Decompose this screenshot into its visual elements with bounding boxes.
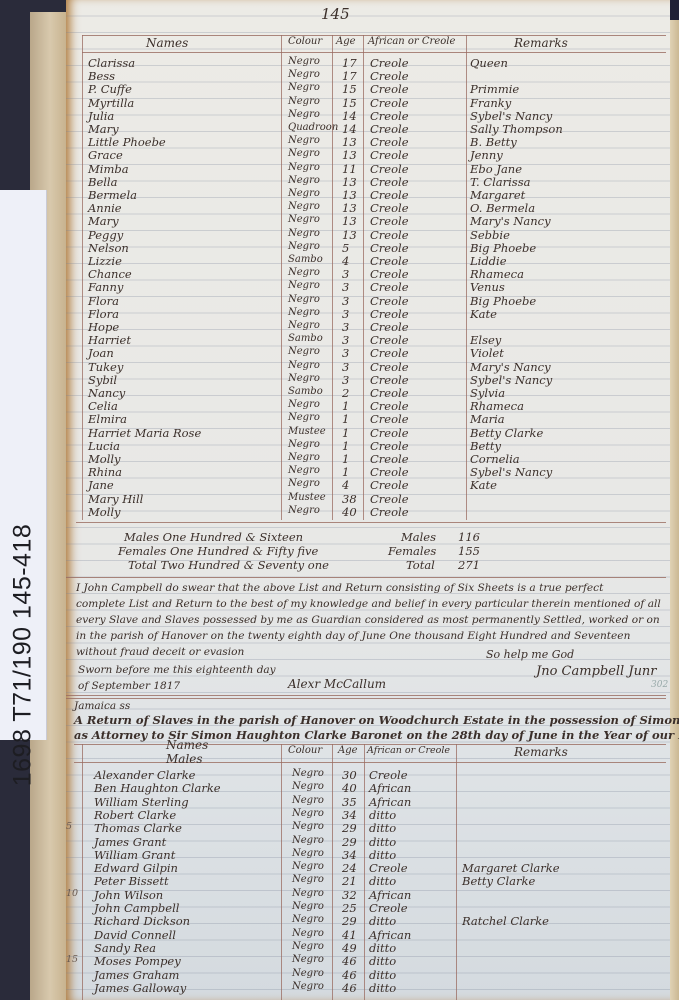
cell-colour: Negro: [292, 888, 324, 899]
cell-age: 14: [342, 109, 357, 123]
cell-name: Nancy: [88, 386, 125, 400]
cell-colour: Negro: [288, 267, 320, 278]
cell-name: Elmira: [88, 412, 127, 426]
cell-age: 46: [342, 981, 357, 995]
cell-colour: Negro: [288, 505, 320, 516]
cell-name: John Campbell: [94, 901, 179, 915]
cell-name: James Grant: [94, 835, 166, 849]
cell-remarks: B. Betty: [470, 135, 517, 149]
cell-remarks: Sybel's Nancy: [470, 109, 552, 123]
cell-origin: ditto: [369, 941, 396, 955]
section2-heading-line-1: A Return of Slaves in the parish of Hano…: [74, 713, 679, 727]
cell-age: 4: [342, 478, 349, 492]
cell-origin: Creole: [370, 188, 409, 202]
cell-name: Moses Pompey: [94, 954, 181, 968]
cell-name: Lucia: [88, 439, 120, 453]
cell-name: Flora: [88, 307, 119, 321]
cell-remarks: Ebo Jane: [470, 162, 522, 176]
cell-name: Ben Haughton Clarke: [94, 781, 221, 795]
cell-colour: Negro: [292, 874, 324, 885]
cell-age: 3: [342, 346, 349, 360]
cell-colour: Negro: [292, 981, 324, 992]
col-header-remarks: Remarks: [514, 36, 568, 50]
totals-males-label: Males: [401, 530, 436, 544]
oath-line: in the parish of Hanover on the twenty e…: [76, 628, 666, 644]
cell-origin: Creole: [370, 135, 409, 149]
cell-age: 3: [342, 267, 349, 281]
col-header-names: Names: [146, 36, 188, 50]
cell-age: 40: [342, 505, 357, 519]
cell-colour: Negro: [292, 848, 324, 859]
cell-colour: Mustee: [288, 426, 326, 437]
cell-origin: Creole: [370, 241, 409, 255]
cell-remarks: Big Phoebe: [470, 241, 536, 255]
cell-age: 1: [342, 426, 349, 440]
page-number: 145: [321, 5, 350, 23]
cell-name: William Sterling: [94, 795, 189, 809]
cell-name: Clarissa: [88, 56, 135, 70]
cell-colour: Negro: [288, 241, 320, 252]
table1-age-divider: [332, 35, 333, 520]
cell-name: Mary: [88, 214, 119, 228]
section2-heading-line-2: as Attorney to Sir Simon Haughton Clarke…: [74, 728, 679, 742]
oath-text: I John Campbell do swear that the above …: [76, 580, 666, 660]
cell-remarks: Mary's Nancy: [470, 360, 551, 374]
cell-colour: Negro: [292, 808, 324, 819]
cell-colour: Negro: [288, 56, 320, 67]
cell-origin: African: [369, 781, 411, 795]
cell-name: Nelson: [88, 241, 129, 255]
cell-colour: Negro: [288, 478, 320, 489]
oath-closing: So help me God: [486, 648, 574, 661]
table2-age-divider: [332, 744, 333, 1000]
cell-remarks: Sybel's Nancy: [470, 465, 552, 479]
cell-name: Bess: [88, 69, 115, 83]
cell-origin: Creole: [370, 399, 409, 413]
cell-remarks: Betty Clarke: [470, 426, 543, 440]
col2-header-remarks: Remarks: [514, 745, 568, 759]
cell-name: Molly: [88, 452, 121, 466]
cell-colour: Negro: [292, 901, 324, 912]
totals-females-words: Females One Hundred & Fifty five: [118, 544, 318, 558]
cell-colour: Negro: [288, 373, 320, 384]
cell-origin: Creole: [369, 768, 408, 782]
cell-origin: Creole: [370, 478, 409, 492]
cell-colour: Negro: [292, 781, 324, 792]
register-page: 145 Names Colour Age African or Creole R…: [66, 0, 670, 1000]
cell-age: 14: [342, 122, 357, 136]
cell-age: 34: [342, 848, 357, 862]
cell-name: Bella: [88, 175, 117, 189]
table1-colour-divider: [281, 35, 282, 520]
cell-origin: ditto: [369, 981, 396, 995]
margin-note: 302: [651, 680, 668, 690]
cell-origin: Creole: [370, 386, 409, 400]
cell-origin: ditto: [369, 968, 396, 982]
cell-remarks: Margaret Clarke: [462, 861, 560, 875]
cell-origin: ditto: [369, 808, 396, 822]
cell-remarks: Venus: [470, 280, 505, 294]
cell-colour: Negro: [288, 294, 320, 305]
cell-age: 3: [342, 360, 349, 374]
cell-origin: ditto: [369, 914, 396, 928]
cell-age: 41: [342, 928, 357, 942]
cell-colour: Negro: [288, 399, 320, 410]
archive-reference-text: 1698 T71/190 145-418: [9, 524, 38, 787]
cell-origin: Creole: [370, 360, 409, 374]
cell-colour: Mustee: [288, 492, 326, 503]
cell-name: P. Cuffe: [88, 82, 132, 96]
cell-origin: Creole: [370, 307, 409, 321]
cell-remarks: Kate: [470, 307, 497, 321]
cell-remarks: Sylvia: [470, 386, 505, 400]
table2-origin-divider: [364, 744, 365, 1000]
cell-origin: Creole: [370, 333, 409, 347]
cell-colour: Negro: [288, 439, 320, 450]
cell-name: Tukey: [88, 360, 123, 374]
col-header-age: Age: [336, 36, 356, 47]
cell-colour: Negro: [292, 928, 324, 939]
cell-origin: Creole: [370, 228, 409, 242]
row-number: 15: [66, 954, 78, 965]
cell-origin: Creole: [370, 109, 409, 123]
cell-age: 3: [342, 280, 349, 294]
totals-females-label: Females: [388, 544, 436, 558]
cell-colour: Negro: [288, 228, 320, 239]
cell-name: Little Phoebe: [88, 135, 166, 149]
cell-origin: Creole: [370, 96, 409, 110]
table2-header-rule: [74, 762, 666, 763]
oath-line: every Slave and Slaves possessed by me a…: [76, 612, 666, 628]
oath-line: complete List and Return to the best of …: [76, 596, 666, 612]
cell-remarks: Queen: [470, 56, 508, 70]
cell-age: 3: [342, 320, 349, 334]
cell-remarks: O. Bermela: [470, 201, 535, 215]
cell-origin: Creole: [370, 82, 409, 96]
cell-name: Jane: [88, 478, 114, 492]
cell-age: 13: [342, 228, 357, 242]
cell-name: Edward Gilpin: [94, 861, 178, 875]
cell-name: Lizzie: [88, 254, 122, 268]
cell-age: 13: [342, 201, 357, 215]
cell-colour: Negro: [288, 465, 320, 476]
cell-age: 3: [342, 333, 349, 347]
row-number: 5: [66, 821, 72, 832]
cell-name: William Grant: [94, 848, 175, 862]
cell-name: Rhina: [88, 465, 122, 479]
cell-age: 3: [342, 307, 349, 321]
section2-top-rule-double: [66, 698, 666, 699]
cell-origin: Creole: [370, 280, 409, 294]
cell-name: Molly: [88, 505, 121, 519]
cell-origin: ditto: [369, 821, 396, 835]
cell-name: Chance: [88, 267, 132, 281]
cell-age: 30: [342, 768, 357, 782]
cell-age: 25: [342, 901, 357, 915]
cell-remarks: Sebbie: [470, 228, 510, 242]
cell-age: 35: [342, 795, 357, 809]
cell-age: 1: [342, 439, 349, 453]
cell-name: Flora: [88, 294, 119, 308]
sworn-line-2: of September 1817: [78, 680, 180, 692]
cell-age: 1: [342, 399, 349, 413]
cell-age: 13: [342, 188, 357, 202]
cell-remarks: Maria: [470, 412, 505, 426]
cell-colour: Negro: [292, 795, 324, 806]
cell-remarks: Rhameca: [470, 399, 524, 413]
cell-age: 46: [342, 968, 357, 982]
cell-age: 4: [342, 254, 349, 268]
cell-age: 2: [342, 386, 349, 400]
cell-name: Fanny: [88, 280, 123, 294]
cell-colour: Negro: [288, 214, 320, 225]
cell-name: Mary Hill: [88, 492, 143, 506]
cell-name: Harriet Maria Rose: [88, 426, 201, 440]
cell-remarks: Mary's Nancy: [470, 214, 551, 228]
col-header-colour: Colour: [288, 36, 322, 47]
cell-colour: Negro: [292, 914, 324, 925]
cell-name: Thomas Clarke: [94, 821, 182, 835]
cell-colour: Negro: [288, 452, 320, 463]
col2-subheader-males: Males: [166, 752, 203, 766]
cell-remarks: Liddie: [470, 254, 507, 268]
cell-name: Robert Clarke: [94, 808, 176, 822]
cell-origin: Creole: [369, 901, 408, 915]
cell-remarks: Primmie: [470, 82, 519, 96]
table2-remarks-divider: [456, 744, 457, 1000]
cell-age: 13: [342, 148, 357, 162]
table1-header-rule: [82, 52, 666, 53]
cell-age: 13: [342, 214, 357, 228]
cell-age: 34: [342, 808, 357, 822]
cell-origin: Creole: [370, 148, 409, 162]
section2-jurisdiction: Jamaica ss: [74, 700, 130, 712]
deponent-signature: Jno Campbell Junr: [536, 664, 657, 679]
cell-colour: Negro: [288, 307, 320, 318]
cell-name: Mimba: [88, 162, 129, 176]
cell-age: 49: [342, 941, 357, 955]
cell-origin: African: [369, 928, 411, 942]
section2-top-rule: [66, 695, 666, 696]
cell-colour: Sambo: [288, 254, 323, 265]
cell-colour: Negro: [288, 109, 320, 120]
cell-origin: Creole: [369, 861, 408, 875]
cell-remarks: Sybel's Nancy: [470, 373, 552, 387]
cell-name: Julia: [88, 109, 114, 123]
cell-colour: Negro: [292, 768, 324, 779]
cell-age: 29: [342, 821, 357, 835]
cell-origin: ditto: [369, 954, 396, 968]
cell-colour: Negro: [288, 96, 320, 107]
cell-remarks: Franky: [470, 96, 511, 110]
totals-top-rule: [76, 522, 666, 523]
cell-age: 1: [342, 452, 349, 466]
cell-age: 21: [342, 874, 357, 888]
cell-age: 15: [342, 82, 357, 96]
cell-colour: Negro: [288, 162, 320, 173]
cell-remarks: Violet: [470, 346, 504, 360]
cell-origin: Creole: [370, 439, 409, 453]
cell-name: Annie: [88, 201, 122, 215]
cell-age: 29: [342, 914, 357, 928]
cell-colour: Negro: [288, 201, 320, 212]
cell-colour: Negro: [292, 954, 324, 965]
col2-header-origin: African or Creole: [367, 745, 450, 756]
totals-males-words: Males One Hundred & Sixteen: [124, 530, 303, 544]
cell-age: 24: [342, 861, 357, 875]
cell-origin: Creole: [370, 214, 409, 228]
archive-reference-label: 1698 T71/190 145-418: [0, 190, 47, 740]
cell-name: Grace: [88, 148, 123, 162]
cell-colour: Quadroon: [288, 122, 338, 133]
cell-name: Harriet: [88, 333, 131, 347]
cell-origin: Creole: [370, 162, 409, 176]
cell-age: 38: [342, 492, 357, 506]
cell-colour: Negro: [288, 82, 320, 93]
totals-total-words: Total Two Hundred & Seventy one: [128, 558, 329, 572]
cell-age: 13: [342, 175, 357, 189]
cell-age: 17: [342, 69, 357, 83]
cell-remarks: Ratchel Clarke: [462, 914, 549, 928]
table2-left-border: [82, 744, 83, 1000]
cell-colour: Negro: [292, 941, 324, 952]
cell-remarks: T. Clarissa: [470, 175, 530, 189]
cell-origin: Creole: [370, 175, 409, 189]
cell-name: Alexander Clarke: [94, 768, 195, 782]
cell-name: James Galloway: [94, 981, 186, 995]
cell-remarks: Rhameca: [470, 267, 524, 281]
cell-origin: ditto: [369, 874, 396, 888]
cell-origin: Creole: [370, 505, 409, 519]
col2-header-colour: Colour: [288, 745, 322, 756]
cell-colour: Negro: [288, 280, 320, 291]
col2-header-age: Age: [338, 745, 358, 756]
oath-line: I John Campbell do swear that the above …: [76, 580, 666, 596]
cell-age: 46: [342, 954, 357, 968]
totals-total-label: Total: [406, 558, 435, 572]
cell-remarks: Kate: [470, 478, 497, 492]
cell-colour: Negro: [288, 346, 320, 357]
cell-name: James Graham: [94, 968, 179, 982]
cell-origin: Creole: [370, 267, 409, 281]
cell-origin: Creole: [370, 254, 409, 268]
cell-origin: ditto: [369, 835, 396, 849]
cell-colour: Negro: [288, 69, 320, 80]
cell-age: 15: [342, 96, 357, 110]
cell-remarks: Cornelia: [470, 452, 520, 466]
cell-origin: African: [369, 795, 411, 809]
cell-age: 17: [342, 56, 357, 70]
cell-origin: ditto: [369, 848, 396, 862]
col2-header-names: Names: [166, 738, 208, 752]
cell-remarks: Sally Thompson: [470, 122, 563, 136]
cell-name: John Wilson: [94, 888, 163, 902]
cell-origin: Creole: [370, 122, 409, 136]
table2-colour-divider: [281, 744, 282, 1000]
cell-colour: Negro: [288, 135, 320, 146]
cell-colour: Negro: [288, 188, 320, 199]
cell-origin: Creole: [370, 492, 409, 506]
cell-name: Hope: [88, 320, 119, 334]
cell-age: 3: [342, 294, 349, 308]
cell-origin: Creole: [370, 452, 409, 466]
cell-age: 3: [342, 373, 349, 387]
cell-age: 1: [342, 412, 349, 426]
cell-origin: Creole: [370, 56, 409, 70]
totals-males-value: 116: [458, 530, 480, 544]
cell-origin: Creole: [370, 201, 409, 215]
cell-origin: Creole: [370, 294, 409, 308]
cell-origin: Creole: [370, 69, 409, 83]
cell-remarks: Jenny: [470, 148, 503, 162]
cell-colour: Negro: [292, 861, 324, 872]
cell-origin: Creole: [370, 346, 409, 360]
cell-name: Celia: [88, 399, 118, 413]
totals-females-value: 155: [458, 544, 480, 558]
cell-remarks: Margaret: [470, 188, 525, 202]
cell-age: 13: [342, 135, 357, 149]
cell-name: Myrtilla: [88, 96, 134, 110]
cell-colour: Negro: [288, 320, 320, 331]
cell-name: Peggy: [88, 228, 123, 242]
cell-name: Richard Dickson: [94, 914, 190, 928]
cell-name: Bermela: [88, 188, 137, 202]
witness-signature: Alexr McCallum: [288, 677, 386, 691]
cell-colour: Negro: [292, 821, 324, 832]
cell-name: Sandy Rea: [94, 941, 156, 955]
cell-age: 29: [342, 835, 357, 849]
cell-origin: Creole: [370, 320, 409, 334]
col-header-origin: African or Creole: [368, 36, 455, 47]
table1-remarks-divider: [466, 35, 467, 520]
cell-origin: Creole: [370, 426, 409, 440]
cell-remarks: Big Phoebe: [470, 294, 536, 308]
cell-age: 40: [342, 781, 357, 795]
cell-colour: Sambo: [288, 333, 323, 344]
oath-top-rule: [66, 577, 666, 578]
cell-name: Mary: [88, 122, 119, 136]
cell-colour: Negro: [292, 968, 324, 979]
cell-colour: Negro: [292, 835, 324, 846]
sworn-line-1: Sworn before me this eighteenth day: [78, 664, 276, 676]
cell-origin: Creole: [370, 465, 409, 479]
cell-colour: Negro: [288, 148, 320, 159]
cell-name: David Connell: [94, 928, 176, 942]
row-number: 10: [66, 888, 78, 899]
cell-remarks: Betty: [470, 439, 501, 453]
cell-name: Joan: [88, 346, 114, 360]
table1-left-border: [82, 35, 83, 520]
cell-age: 11: [342, 162, 357, 176]
cell-origin: African: [369, 888, 411, 902]
totals-total-value: 271: [458, 558, 480, 572]
cell-origin: Creole: [370, 412, 409, 426]
cell-colour: Negro: [288, 360, 320, 371]
cell-colour: Negro: [288, 175, 320, 186]
table1-origin-divider: [363, 35, 364, 520]
cell-age: 5: [342, 241, 349, 255]
cell-origin: Creole: [370, 373, 409, 387]
cell-remarks: Elsey: [470, 333, 501, 347]
cell-name: Sybil: [88, 373, 117, 387]
cell-name: Peter Bissett: [94, 874, 169, 888]
oath-line: without fraud deceit or evasion: [76, 644, 666, 660]
cell-remarks: Betty Clarke: [462, 874, 535, 888]
cell-age: 1: [342, 465, 349, 479]
cell-age: 32: [342, 888, 357, 902]
cell-colour: Sambo: [288, 386, 323, 397]
cell-colour: Negro: [288, 412, 320, 423]
